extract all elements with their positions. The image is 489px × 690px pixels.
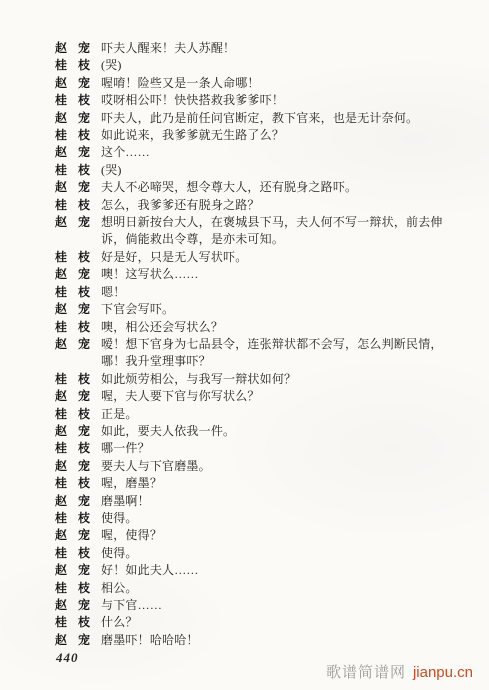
dialogue-line: 赵宠 如此，要夫人依我一件。 <box>55 423 463 440</box>
dialogue-line: 桂枝 使得。 <box>55 545 463 562</box>
speaker-name: 桂枝 <box>55 545 101 562</box>
dialogue-text: 如此，要夫人依我一件。 <box>101 423 463 440</box>
dialogue-text: 下官会写吓。 <box>101 301 463 318</box>
dialogue-line: 赵宠 好！如此夫人…… <box>55 562 463 579</box>
dialogue-text: (哭) <box>101 162 463 179</box>
speaker-name: 赵宠 <box>55 388 101 405</box>
speaker-name: 赵宠 <box>55 423 101 440</box>
dialogue-line: 桂枝 哎呀相公吓！快快搭救我爹爹吓！ <box>55 92 463 109</box>
dialogue-text: 想明日新按台大人，在褒城县下马，夫人何不写一辩状，前去伸诉，倘能救出令尊，是亦未… <box>101 214 463 249</box>
speaker-name: 桂枝 <box>55 249 101 266</box>
speaker-name: 赵宠 <box>55 75 101 92</box>
dialogue-text: 如此烦劳相公，与我写一辩状如何？ <box>101 371 463 388</box>
scanned-script-page: 赵宠 吓夫人醒来！夫人苏醒！ 桂枝 (哭) 赵宠 喔唷！险些又是一条人命哪！ 桂… <box>0 0 489 690</box>
dialogue-list: 赵宠 吓夫人醒来！夫人苏醒！ 桂枝 (哭) 赵宠 喔唷！险些又是一条人命哪！ 桂… <box>55 40 463 649</box>
dialogue-text: 与下官…… <box>101 597 463 614</box>
dialogue-line: 桂枝 哪一件？ <box>55 440 463 457</box>
dialogue-text: 好！如此夫人…… <box>101 562 463 579</box>
speaker-name: 赵宠 <box>55 179 101 196</box>
dialogue-text: 什么？ <box>101 614 463 631</box>
dialogue-text: (哭) <box>101 57 463 74</box>
speaker-name: 赵宠 <box>55 266 101 283</box>
dialogue-text: 这个…… <box>101 144 463 161</box>
dialogue-text: 哎呀相公吓！快快搭救我爹爹吓！ <box>101 92 463 109</box>
dialogue-line: 赵宠 想明日新按台大人，在褒城县下马，夫人何不写一辩状，前去伸诉，倘能救出令尊，… <box>55 214 463 249</box>
speaker-name: 桂枝 <box>55 510 101 527</box>
dialogue-text: 嗳！想下官身为七品县令，连张辩状都不会写，怎么判断民情，哪！我升堂理事吓？ <box>101 336 463 371</box>
speaker-name: 桂枝 <box>55 319 101 336</box>
dialogue-text: 喔，夫人要下官与你写状么？ <box>101 388 463 405</box>
speaker-name: 赵宠 <box>55 301 101 318</box>
watermark: 歌谱简谱网jianpu.cn <box>326 661 473 682</box>
speaker-name: 赵宠 <box>55 110 101 127</box>
dialogue-line: 赵宠 吓夫人，此乃是前任问官断定，教下官来，也是无计奈何。 <box>55 110 463 127</box>
speaker-name: 赵宠 <box>55 336 101 353</box>
speaker-name: 赵宠 <box>55 458 101 475</box>
dialogue-text: 嗯！ <box>101 284 463 301</box>
dialogue-line: 桂枝 好是好，只是无人写状吓。 <box>55 249 463 266</box>
dialogue-text: 如此说来，我爹爹就无生路了么？ <box>101 127 463 144</box>
dialogue-line: 赵宠 磨墨啊！ <box>55 493 463 510</box>
dialogue-line: 桂枝 正是。 <box>55 406 463 423</box>
dialogue-line: 赵宠 喔，使得？ <box>55 527 463 544</box>
dialogue-line: 桂枝 怎么，我爹爹还有脱身之路？ <box>55 197 463 214</box>
dialogue-line: 赵宠 与下官…… <box>55 597 463 614</box>
dialogue-text: 正是。 <box>101 406 463 423</box>
speaker-name: 桂枝 <box>55 197 101 214</box>
dialogue-text: 磨墨吓！哈哈哈！ <box>101 632 463 649</box>
dialogue-line: 桂枝 如此说来，我爹爹就无生路了么？ <box>55 127 463 144</box>
dialogue-text: 哪一件？ <box>101 440 463 457</box>
dialogue-text: 吓夫人，此乃是前任问官断定，教下官来，也是无计奈何。 <box>101 110 463 127</box>
dialogue-text: 磨墨啊！ <box>101 493 463 510</box>
speaker-name: 桂枝 <box>55 475 101 492</box>
dialogue-line: 赵宠 噢！这写状么…… <box>55 266 463 283</box>
speaker-name: 桂枝 <box>55 406 101 423</box>
dialogue-text: 噢！这写状么…… <box>101 266 463 283</box>
dialogue-line: 桂枝 如此烦劳相公，与我写一辩状如何？ <box>55 371 463 388</box>
dialogue-text: 喔，使得？ <box>101 527 463 544</box>
dialogue-text: 使得。 <box>101 545 463 562</box>
speaker-name: 桂枝 <box>55 127 101 144</box>
dialogue-line: 桂枝 什么？ <box>55 614 463 631</box>
dialogue-line: 赵宠 嗳！想下官身为七品县令，连张辩状都不会写，怎么判断民情，哪！我升堂理事吓？ <box>55 336 463 371</box>
watermark-site-name: 歌谱简谱网 <box>326 664 406 681</box>
speaker-name: 桂枝 <box>55 57 101 74</box>
dialogue-line: 桂枝 (哭) <box>55 57 463 74</box>
dialogue-text: 相公。 <box>101 580 463 597</box>
speaker-name: 桂枝 <box>55 371 101 388</box>
dialogue-text: 喔唷！险些又是一条人命哪！ <box>101 75 463 92</box>
dialogue-line: 桂枝 噢，相公还会写状么？ <box>55 319 463 336</box>
page-number: 440 <box>56 650 79 666</box>
dialogue-line: 桂枝 使得。 <box>55 510 463 527</box>
speaker-name: 桂枝 <box>55 92 101 109</box>
speaker-name: 桂枝 <box>55 284 101 301</box>
dialogue-line: 桂枝 (哭) <box>55 162 463 179</box>
dialogue-line: 赵宠 这个…… <box>55 144 463 161</box>
dialogue-text: 怎么，我爹爹还有脱身之路？ <box>101 197 463 214</box>
speaker-name: 桂枝 <box>55 440 101 457</box>
speaker-name: 桂枝 <box>55 580 101 597</box>
dialogue-text: 噢，相公还会写状么？ <box>101 319 463 336</box>
dialogue-line: 赵宠 吓夫人醒来！夫人苏醒！ <box>55 40 463 57</box>
dialogue-line: 桂枝 嗯！ <box>55 284 463 301</box>
dialogue-text: 喔，磨墨？ <box>101 475 463 492</box>
dialogue-text: 吓夫人醒来！夫人苏醒！ <box>101 40 463 57</box>
speaker-name: 赵宠 <box>55 40 101 57</box>
speaker-name: 赵宠 <box>55 562 101 579</box>
speaker-name: 赵宠 <box>55 597 101 614</box>
dialogue-text: 要夫人与下官磨墨。 <box>101 458 463 475</box>
dialogue-text: 夫人不必啼哭，想令尊大人，还有脱身之路吓。 <box>101 179 463 196</box>
speaker-name: 赵宠 <box>55 493 101 510</box>
dialogue-line: 赵宠 磨墨吓！哈哈哈！ <box>55 632 463 649</box>
speaker-name: 桂枝 <box>55 162 101 179</box>
dialogue-line: 赵宠 喔唷！险些又是一条人命哪！ <box>55 75 463 92</box>
speaker-name: 赵宠 <box>55 527 101 544</box>
speaker-name: 赵宠 <box>55 632 101 649</box>
dialogue-line: 赵宠 要夫人与下官磨墨。 <box>55 458 463 475</box>
dialogue-line: 赵宠 夫人不必啼哭，想令尊大人，还有脱身之路吓。 <box>55 179 463 196</box>
dialogue-text: 使得。 <box>101 510 463 527</box>
speaker-name: 赵宠 <box>55 144 101 161</box>
dialogue-text: 好是好，只是无人写状吓。 <box>101 249 463 266</box>
dialogue-line: 桂枝 相公。 <box>55 580 463 597</box>
watermark-domain: jianpu.cn <box>413 664 473 681</box>
dialogue-line: 赵宠 喔，夫人要下官与你写状么？ <box>55 388 463 405</box>
speaker-name: 桂枝 <box>55 614 101 631</box>
dialogue-line: 桂枝 喔，磨墨？ <box>55 475 463 492</box>
dialogue-line: 赵宠 下官会写吓。 <box>55 301 463 318</box>
speaker-name: 赵宠 <box>55 214 101 231</box>
